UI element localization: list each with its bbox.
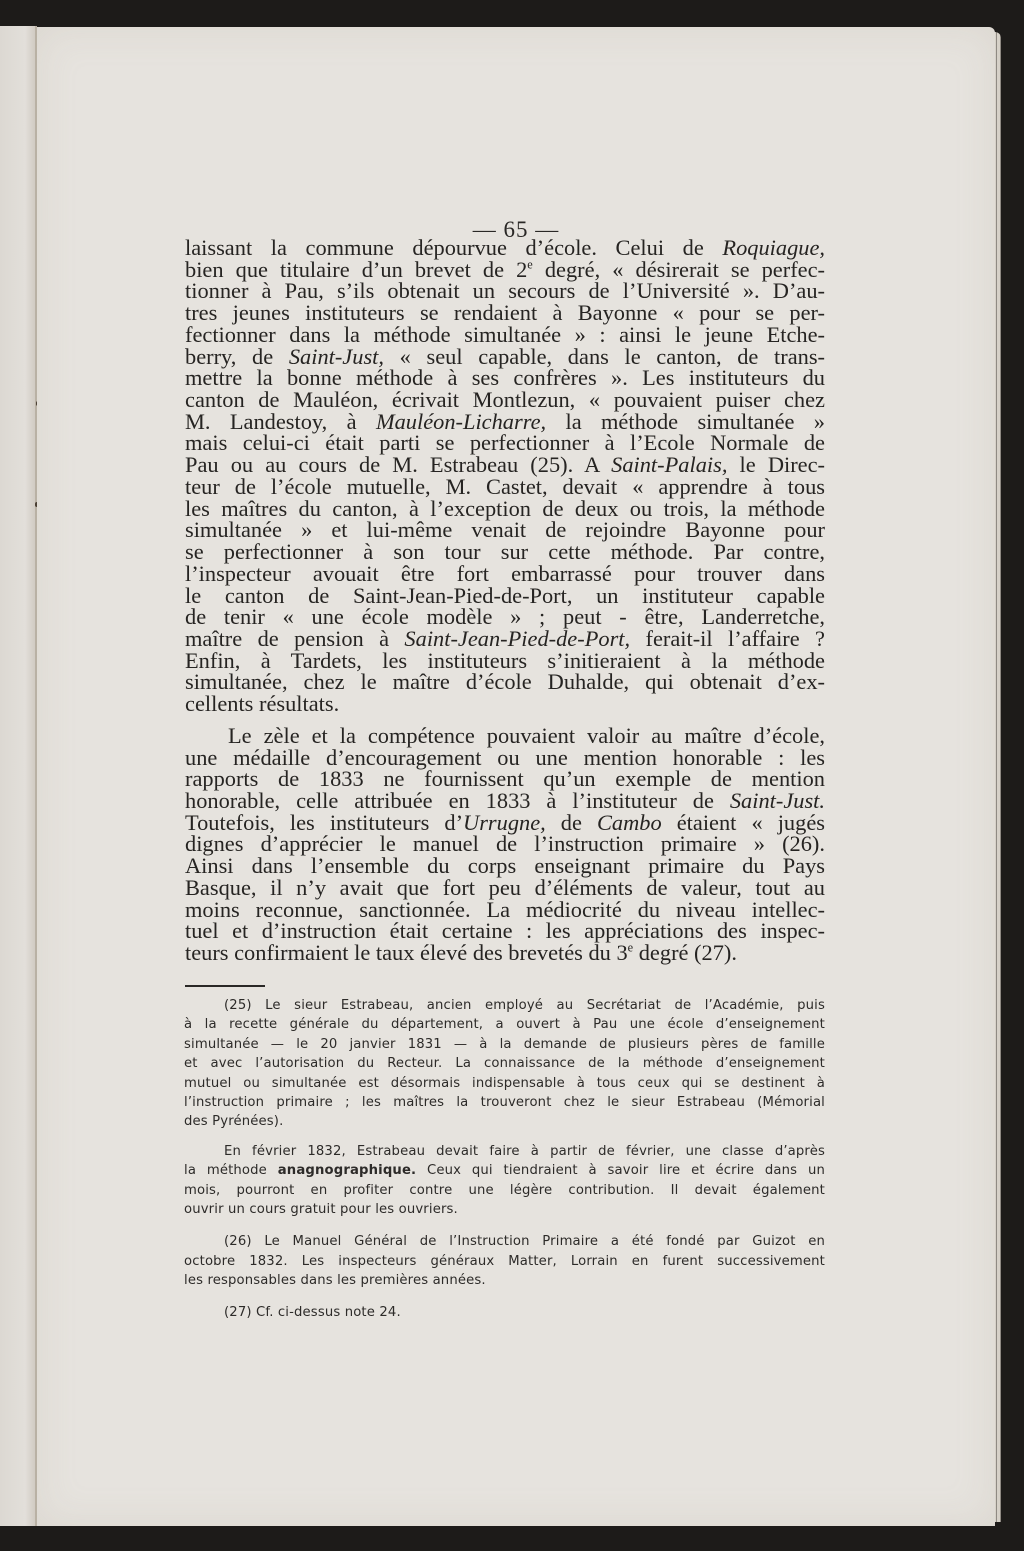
- footnote-line: les responsables dans les premières anné…: [184, 1271, 825, 1290]
- text-line: Enfin, à Tardets, les instituteurs s’ini…: [185, 650, 825, 672]
- text-line: simultanée » et lui-même venait de rejoi…: [185, 519, 825, 541]
- facing-page-edge: [0, 26, 36, 1526]
- footnote-line: (26) Le Manuel Général de l’Instruction …: [184, 1232, 825, 1251]
- text-line: mais celui-ci était parti se perfectionn…: [185, 432, 825, 454]
- text-line: M. Landestoy, à Mauléon-Licharre, la mét…: [185, 411, 825, 433]
- footnote-line: des Pyrénées).: [184, 1112, 825, 1131]
- footnote-line: (27) Cf. ci-dessus note 24.: [184, 1303, 825, 1322]
- text-line: honorable, celle attribuée en 1833 à l’i…: [185, 790, 825, 812]
- text-line: Le zèle et la compétence pouvaient valoi…: [185, 725, 825, 747]
- paragraph: laissant la commune dépourvue d’école. C…: [185, 237, 825, 715]
- text-line: Ainsi dans l’ensemble du corps enseignan…: [185, 855, 825, 877]
- text-line: Basque, il n’y avait que fort peu d’élém…: [185, 877, 825, 899]
- text-line: de tenir « une école modèle » ; peut - ê…: [185, 606, 825, 628]
- footnote-separator: [185, 985, 265, 987]
- text-line: Pau ou au cours de M. Estrabeau (25). A …: [185, 454, 825, 476]
- footnote-line: En février 1832, Estrabeau devait faire …: [184, 1142, 825, 1161]
- footnote-line: simultanée — le 20 janvier 1831 — à la d…: [184, 1035, 825, 1054]
- text-line: canton de Mauléon, écrivait Montlezun, «…: [185, 389, 825, 411]
- footnote-line: mois, pourront en profiter contre une lé…: [184, 1181, 825, 1200]
- text-line: berry, de Saint-Just, « seul capable, da…: [185, 346, 825, 368]
- text-line: les maîtres du canton, à l’exception de …: [185, 498, 825, 520]
- text-line: dignes d’apprécier le manuel de l’instru…: [185, 833, 825, 855]
- text-line: tionner à Pau, s’ils obtenait un secours…: [185, 280, 825, 302]
- footnote-line: l’instruction primaire ; les maîtres la …: [184, 1093, 825, 1112]
- main-text: laissant la commune dépourvue d’école. C…: [185, 237, 825, 964]
- text-line: laissant la commune dépourvue d’école. C…: [185, 237, 825, 259]
- text-line: Toutefois, les instituteurs d’Urrugne, d…: [185, 812, 825, 834]
- text-line: cellents résultats.: [185, 693, 825, 715]
- text-line: l’inspecteur avouait être fort embarrass…: [185, 563, 825, 585]
- text-line: mettre la bonne méthode à ses confrères …: [185, 367, 825, 389]
- text-line: une médaille d’encouragement ou une ment…: [185, 747, 825, 769]
- footnote-line: la méthode anagnographique. Ceux qui tie…: [184, 1161, 825, 1180]
- footnote-line: mutuel ou simultanée est désormais indis…: [184, 1074, 825, 1093]
- text-line: tres jeunes instituteurs se rendaient à …: [185, 302, 825, 324]
- text-line: bien que titulaire d’un brevet de 2e deg…: [185, 259, 825, 281]
- text-line: teur de l’école mutuelle, M. Castet, dev…: [185, 476, 825, 498]
- footnote-27: (27) Cf. ci-dessus note 24.: [184, 1303, 825, 1322]
- footnote-line: octobre 1832. Les inspecteurs généraux M…: [184, 1252, 825, 1271]
- footnote-line: (25) Le sieur Estrabeau, ancien employé …: [184, 996, 825, 1015]
- footnote-line: à la recette générale du département, a …: [184, 1015, 825, 1034]
- paragraph: Le zèle et la compétence pouvaient valoi…: [185, 725, 825, 964]
- text-line: se perfectionner à son tour sur cette mé…: [185, 541, 825, 563]
- text-line: le canton de Saint-Jean-Pied-de-Port, un…: [185, 585, 825, 607]
- text-line: maître de pension à Saint-Jean-Pied-de-P…: [185, 628, 825, 650]
- footnote-line: et avec l’autorisation du Recteur. La co…: [184, 1054, 825, 1073]
- text-line: moins reconnue, sanctionnée. La médiocri…: [185, 899, 825, 921]
- footnotes: (25) Le sieur Estrabeau, ancien employé …: [184, 996, 825, 1323]
- text-line: teurs confirmaient le taux élevé des bre…: [185, 942, 825, 964]
- footnote-26: (26) Le Manuel Général de l’Instruction …: [184, 1232, 825, 1290]
- text-line: rapports de 1833 ne fournissent qu’un ex…: [185, 768, 825, 790]
- footnote-25: (25) Le sieur Estrabeau, ancien employé …: [184, 996, 825, 1219]
- text-line: fectionner dans la méthode simultanée » …: [185, 324, 825, 346]
- text-line: simultanée, chez le maître d’école Duhal…: [185, 671, 825, 693]
- footnote-line: ouvrir un cours gratuit pour les ouvrier…: [184, 1200, 825, 1219]
- text-line: tuel et d’instruction était certaine : l…: [185, 920, 825, 942]
